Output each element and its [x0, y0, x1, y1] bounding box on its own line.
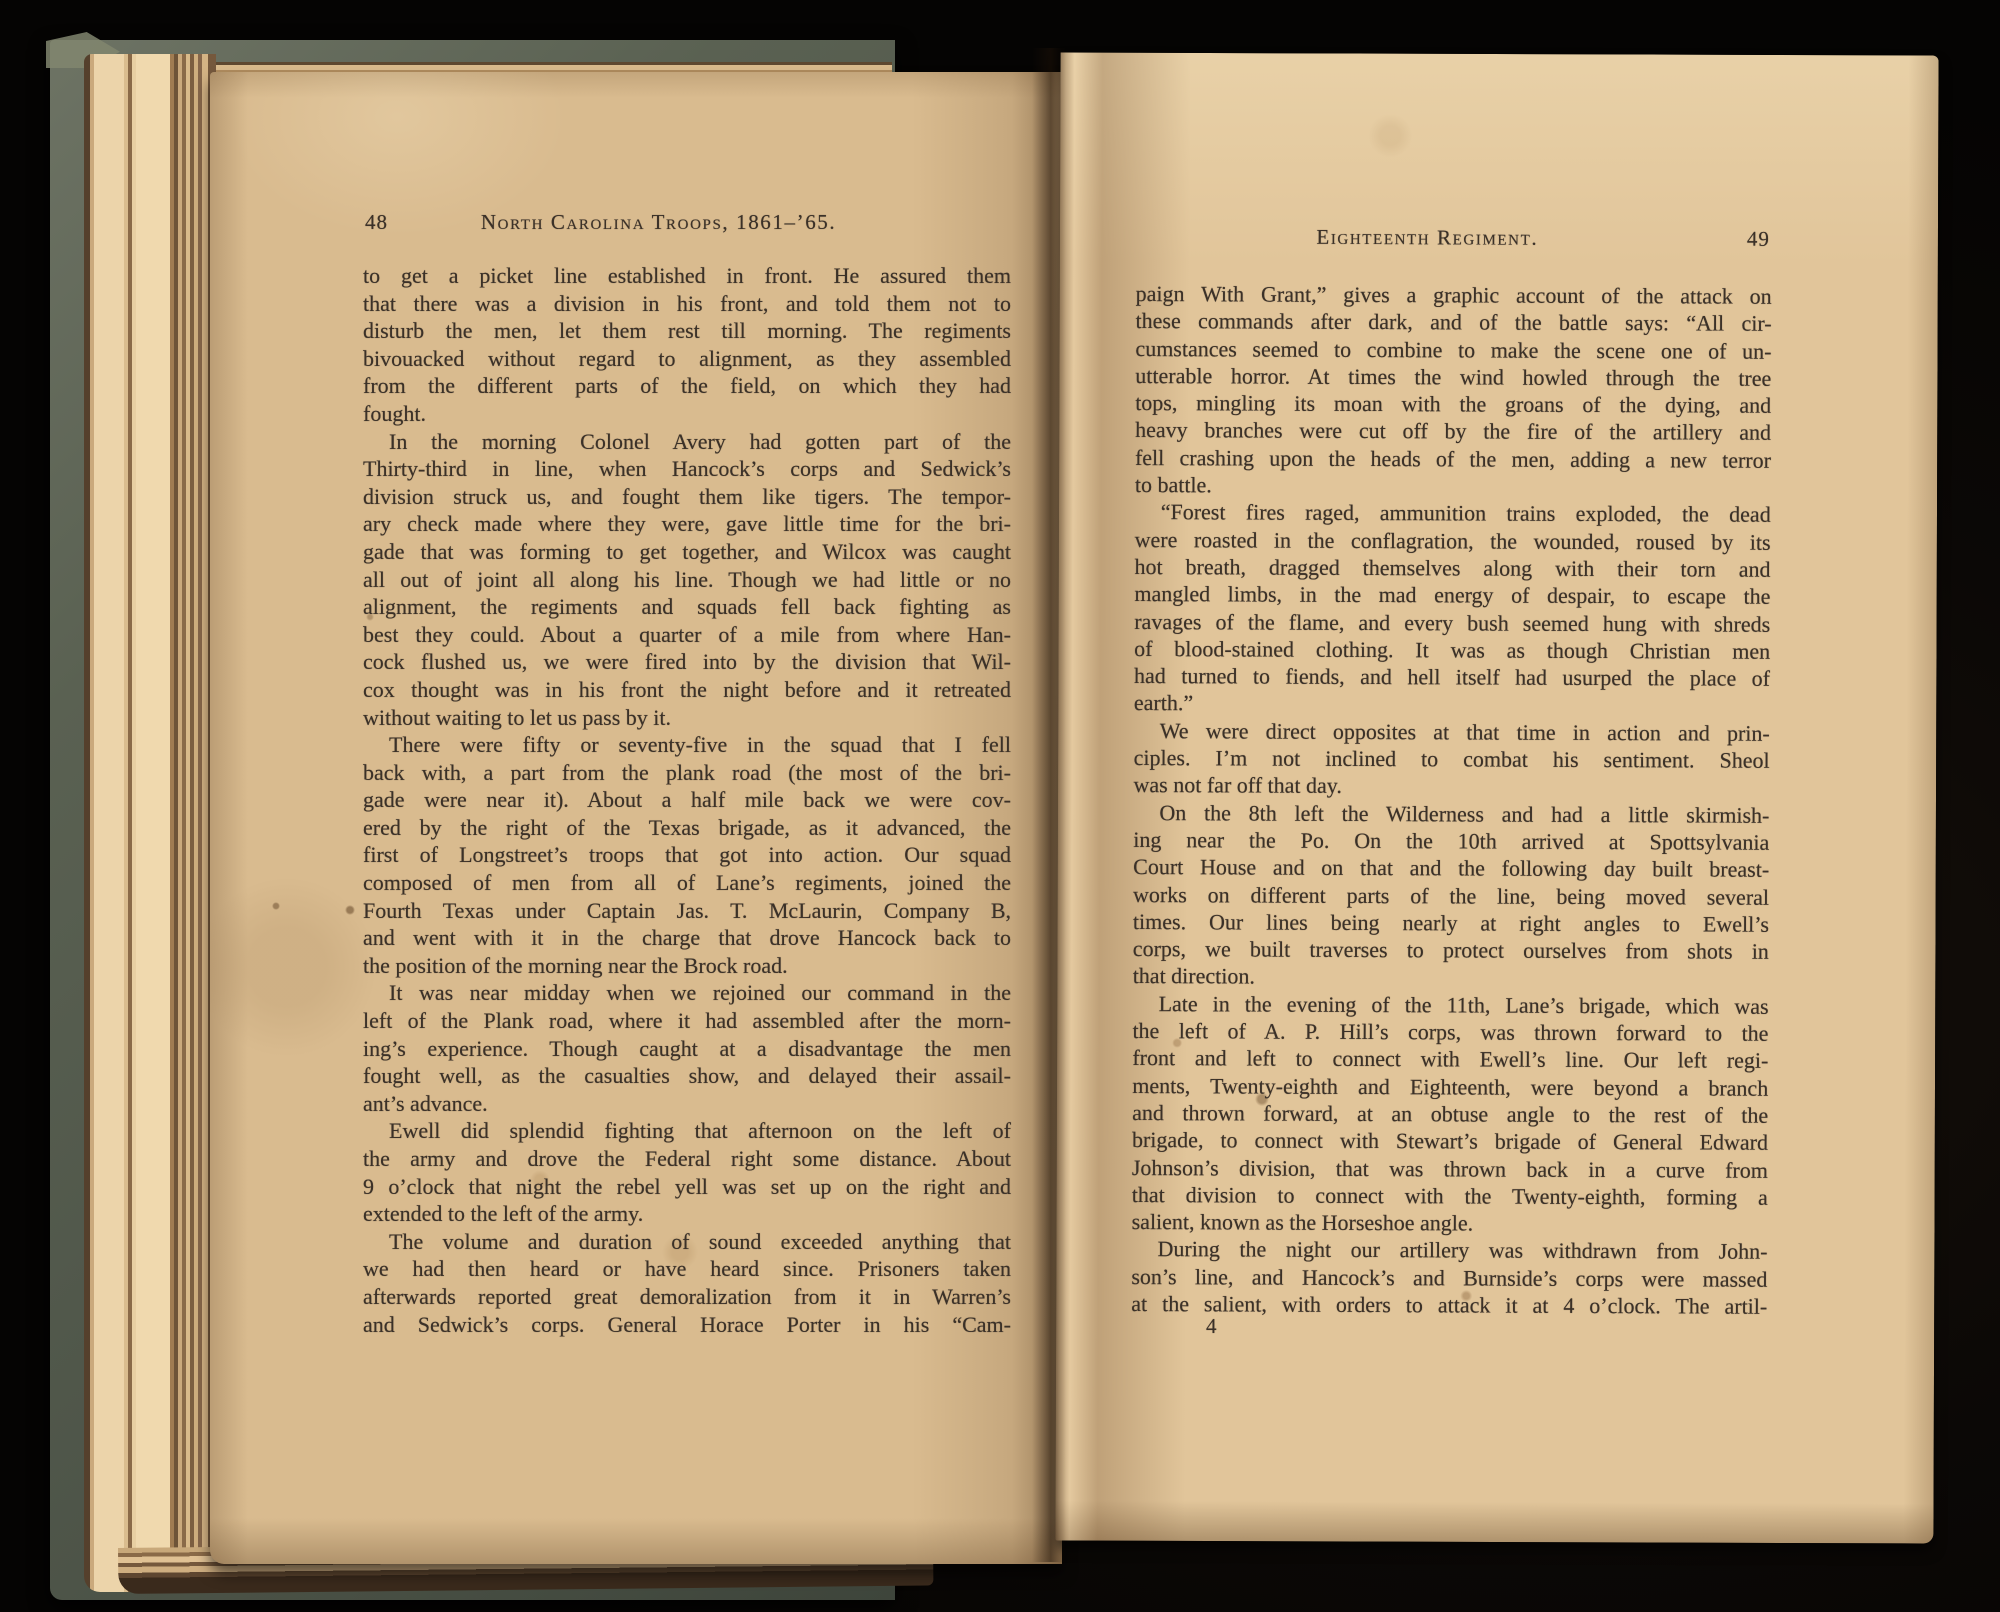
text-line: ary check made where they were, gave lit… — [363, 510, 1011, 538]
book-scan: 48 North Carolina Troops, 1861–’65. to g… — [0, 0, 2000, 1612]
text-line: The volume and duration of sound exceede… — [363, 1228, 1011, 1256]
text-line: We were direct opposites at that time in… — [1134, 717, 1770, 747]
text-line: had turned to fiends, and hell itself ha… — [1134, 662, 1770, 692]
right-text-column: paign With Grant,” gives a graphic accou… — [1131, 280, 1772, 1320]
right-page-text: Eighteenth Regiment. 49 paign With Grant… — [1131, 224, 1772, 1320]
text-line: Fourth Texas under Captain Jas. T. McLau… — [363, 897, 1011, 925]
text-line: corps, we built traverses to protect our… — [1133, 935, 1769, 965]
left-page-header: 48 North Carolina Troops, 1861–’65. — [363, 210, 1011, 242]
text-line: Court House and on that and the followin… — [1133, 853, 1769, 883]
text-line: to get a picket line established in fron… — [363, 262, 1011, 290]
text-line: from the different parts of the field, o… — [363, 372, 1011, 400]
page-edges-left — [84, 54, 216, 1592]
text-line: tops, mingling its moan with the groans … — [1135, 389, 1771, 419]
text-line: salient, known as the Horseshoe angle. — [1132, 1208, 1768, 1238]
text-line: During the night our artillery was withd… — [1131, 1235, 1767, 1265]
text-line: and Sedwick’s corps. General Horace Port… — [363, 1311, 1011, 1339]
text-line: son’s line, and Hancock’s and Burnside’s… — [1131, 1263, 1767, 1293]
text-line: were roasted in the conflagration, the w… — [1135, 526, 1771, 556]
text-line: paign With Grant,” gives a graphic accou… — [1136, 280, 1772, 310]
text-line: to battle. — [1135, 471, 1771, 501]
text-line: disturb the men, let them rest till morn… — [363, 317, 1011, 345]
text-line: that direction. — [1133, 962, 1769, 992]
text-line: Thirty-third in line, when Hancock’s cor… — [363, 455, 1011, 483]
text-line: Ewell did splendid fighting that afterno… — [363, 1117, 1011, 1145]
text-line: at the salient, with orders to attack it… — [1131, 1290, 1767, 1320]
text-line: back with, a part from the plank road (t… — [363, 759, 1011, 787]
text-line: bivouacked without regard to alignment, … — [363, 345, 1011, 373]
text-line: ered by the right of the Texas brigade, … — [363, 814, 1011, 842]
text-line: ments, Twenty-eighth and Eighteenth, wer… — [1132, 1072, 1768, 1102]
text-line: Late in the evening of the 11th, Lane’s … — [1133, 990, 1769, 1020]
page-number: 48 — [365, 210, 388, 235]
text-line: the army and drove the Federal right som… — [363, 1145, 1011, 1173]
text-line: In the morning Colonel Avery had gotten … — [363, 428, 1011, 456]
text-line: that there was a division in his front, … — [363, 290, 1011, 318]
text-line: ciples. I’m not inclined to combat his s… — [1134, 744, 1770, 774]
text-line: hot breath, dragged themselves along wit… — [1134, 553, 1770, 583]
left-text-column: to get a picket line established in fron… — [363, 262, 1011, 1338]
signature-mark: 4 — [1206, 1314, 1217, 1339]
text-line: left of the Plank road, where it had ass… — [363, 1007, 1011, 1035]
page-number: 49 — [1747, 227, 1770, 252]
text-line: best they could. About a quarter of a mi… — [363, 621, 1011, 649]
text-line: we had then heard or have heard since. P… — [363, 1255, 1011, 1283]
text-line: extended to the left of the army. — [363, 1200, 1011, 1228]
text-line: and went with it in the charge that drov… — [363, 924, 1011, 952]
text-line: There were fifty or seventy-five in the … — [363, 731, 1011, 759]
text-line: gade were near it). About a half mile ba… — [363, 786, 1011, 814]
text-line: utterable horror. At times the wind howl… — [1135, 362, 1771, 392]
text-line: and thrown forward, at an obtuse angle t… — [1132, 1099, 1768, 1129]
text-line: all out of joint all along his line. Tho… — [363, 566, 1011, 594]
text-line: fought. — [363, 400, 1011, 428]
text-line: brigade, to connect with Stewart’s briga… — [1132, 1126, 1768, 1156]
text-line: cox thought was in his front the night b… — [363, 676, 1011, 704]
text-line: composed of men from all of Lane’s regim… — [363, 869, 1011, 897]
text-line: gade that was forming to get together, a… — [363, 538, 1011, 566]
text-line: fell crashing upon the heads of the men,… — [1135, 444, 1771, 474]
text-line: earth.” — [1134, 689, 1770, 719]
text-line: without waiting to let us pass by it. — [363, 704, 1011, 732]
right-page-header: Eighteenth Regiment. 49 — [1136, 224, 1772, 259]
text-line: division struck us, and fought them like… — [363, 483, 1011, 511]
text-line: mangled limbs, in the mad energy of desp… — [1134, 580, 1770, 610]
text-line: cumstances seemed to combine to make the… — [1135, 335, 1771, 365]
text-line: was not far off that day. — [1133, 771, 1769, 801]
text-line: these commands after dark, and of the ba… — [1136, 307, 1772, 337]
text-line: fought well, as the casualties show, and… — [363, 1062, 1011, 1090]
text-line: ravages of the flame, and every bush see… — [1134, 608, 1770, 638]
text-line: first of Longstreet’s troops that got in… — [363, 841, 1011, 869]
text-line: 9 o’clock that night the rebel yell was … — [363, 1173, 1011, 1201]
text-line: times. Our lines being nearly at right a… — [1133, 908, 1769, 938]
text-line: afterwards reported great demoralization… — [363, 1283, 1011, 1311]
text-line: ing near the Po. On the 10th arrived at … — [1133, 826, 1769, 856]
running-title: Eighteenth Regiment. — [1316, 225, 1538, 251]
text-line: that division to connect with the Twenty… — [1132, 1181, 1768, 1211]
text-line: On the 8th left the Wilderness and had a… — [1133, 799, 1769, 829]
left-page-text: 48 North Carolina Troops, 1861–’65. to g… — [363, 210, 1011, 1338]
text-line: ant’s advance. — [363, 1090, 1011, 1118]
text-line: the left of A. P. Hill’s corps, was thro… — [1132, 1017, 1768, 1047]
text-line: the position of the morning near the Bro… — [363, 952, 1011, 980]
text-line: alignment, the regiments and squads fell… — [363, 593, 1011, 621]
text-line: heavy branches were cut off by the fire … — [1135, 416, 1771, 446]
running-title: North Carolina Troops, 1861–’65. — [481, 210, 836, 235]
text-line: Johnson’s division, that was thrown back… — [1132, 1153, 1768, 1183]
text-line: It was near midday when we rejoined our … — [363, 979, 1011, 1007]
text-line: of blood-stained clothing. It was as tho… — [1134, 635, 1770, 665]
text-line: ing’s experience. Though caught at a dis… — [363, 1035, 1011, 1063]
text-line: front and left to connect with Ewell’s l… — [1132, 1044, 1768, 1074]
text-line: works on different parts of the line, be… — [1133, 881, 1769, 911]
text-line: “Forest fires raged, ammunition trains e… — [1135, 498, 1771, 528]
text-line: cock flushed us, we were fired into by t… — [363, 648, 1011, 676]
